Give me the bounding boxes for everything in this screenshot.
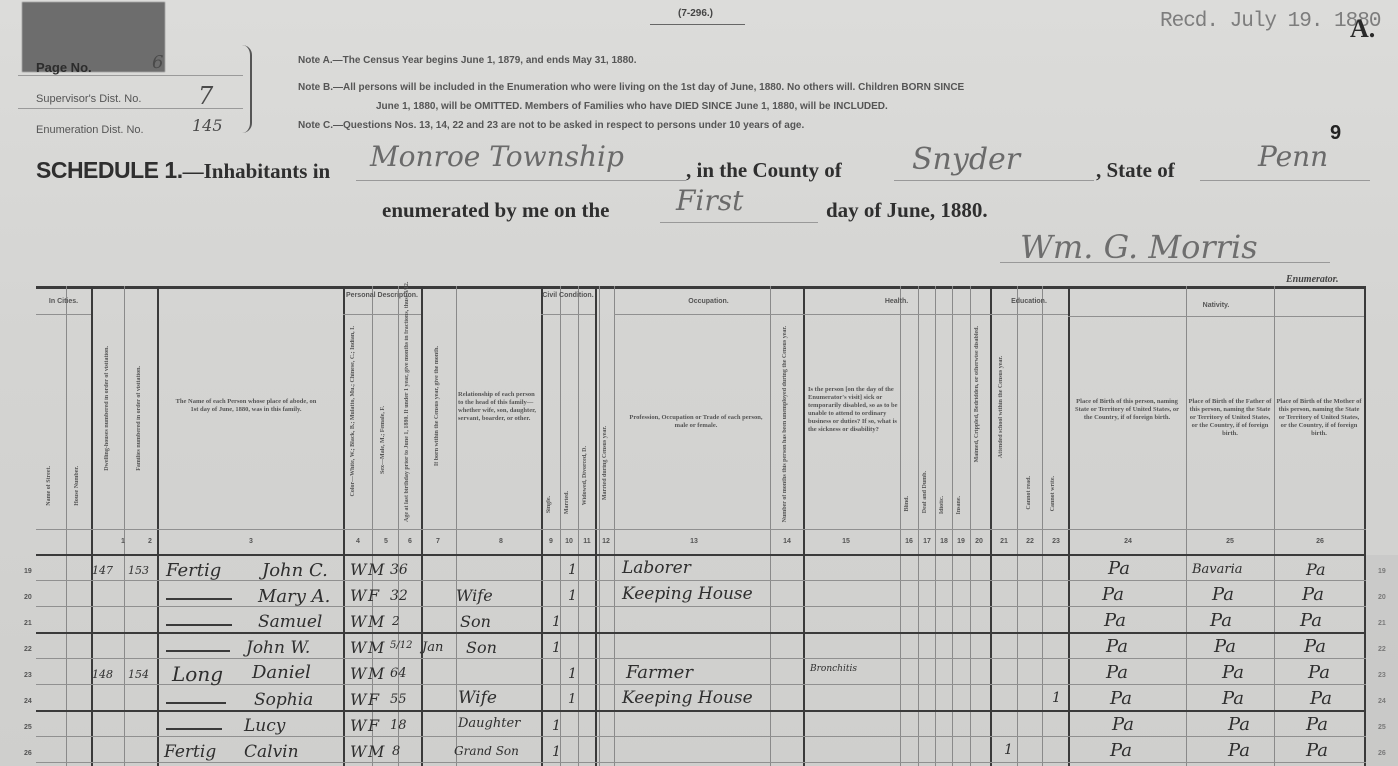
note-c: Note C.—Questions Nos. 13, 14, 22 and 23… xyxy=(298,120,804,131)
col-rule xyxy=(456,286,457,766)
given-name: Mary A. xyxy=(258,586,330,607)
col-desc-cannot-write: Cannot write. xyxy=(1050,476,1056,511)
col-number: 22 xyxy=(1020,538,1040,545)
married-mark: 1 xyxy=(568,562,577,578)
row-rule xyxy=(36,762,1366,763)
col-number: 2 xyxy=(140,538,160,545)
enumerator-label: Enumerator. xyxy=(1286,274,1339,285)
relationship: Wife xyxy=(456,586,493,605)
col-number: 20 xyxy=(969,538,989,545)
col-rule xyxy=(918,286,919,766)
sex: F xyxy=(368,716,379,735)
state-phrase: , State of xyxy=(1096,157,1175,183)
birthplace: Pa xyxy=(1112,714,1134,735)
age: 64 xyxy=(390,666,407,681)
group-in-cities: In Cities. xyxy=(36,298,91,305)
col-desc-dwelling: Dwelling-houses numbered in order of vis… xyxy=(104,346,110,471)
table-top-rule xyxy=(36,286,1366,289)
col-desc-school: Attended school within the Census year. xyxy=(998,356,1004,458)
col-rule xyxy=(614,286,615,766)
col-desc-deaf: Deaf and Dumb. xyxy=(922,471,928,513)
col-number: 14 xyxy=(777,538,797,545)
birthplace: Pa xyxy=(1106,662,1128,683)
color: W xyxy=(350,638,366,657)
col-desc-unemployed: Number of months this person has been un… xyxy=(782,326,788,522)
line-number: 20 xyxy=(24,594,32,601)
col-rule xyxy=(1042,286,1043,766)
col-desc-sickness: Is the person [on the day of the Enumera… xyxy=(808,386,898,434)
page-no-label: Page No. xyxy=(36,60,92,75)
header-brace xyxy=(242,45,252,133)
line-number: 23 xyxy=(24,672,32,679)
father-birthplace: Pa xyxy=(1222,662,1244,683)
line-number: 19 xyxy=(24,568,32,575)
married-mark: 1 xyxy=(568,692,576,707)
row-rule xyxy=(614,314,803,315)
sex: M xyxy=(368,560,384,579)
col-desc-father-birthplace: Place of Birth of the Father of this per… xyxy=(1188,398,1272,438)
col-number: 15 xyxy=(836,538,856,545)
col-desc-relationship: Relationship of each person to the head … xyxy=(458,391,538,423)
col-desc-cannot-read: Cannot read. xyxy=(1026,476,1032,510)
age: 36 xyxy=(390,562,408,578)
relationship: Son xyxy=(460,612,491,631)
col-rule xyxy=(560,286,561,766)
mother-birthplace: Pa xyxy=(1306,714,1328,735)
occupation: Keeping House xyxy=(622,584,753,604)
given-name: Samuel xyxy=(258,612,322,632)
single-mark: 1 xyxy=(552,718,561,734)
row-rule xyxy=(36,684,1366,685)
col-rule xyxy=(990,286,992,766)
col-desc-occupation: Profession, Occupation or Trade of each … xyxy=(626,414,766,430)
census-page: Page No. 6 Supervisor's Dist. No. 7 Enum… xyxy=(0,0,1398,766)
line-number: 22 xyxy=(24,646,32,653)
col-rule xyxy=(421,286,423,766)
col-rule xyxy=(1186,286,1187,766)
col-desc-name: The Name of each Person whose place of a… xyxy=(171,398,321,414)
birth-month: Jan xyxy=(422,640,443,655)
group-health: Health. xyxy=(803,298,990,305)
col-desc-sex: Sex—Male, M.; Female, F. xyxy=(380,406,386,474)
dwelling-number: 147 xyxy=(92,564,113,577)
group-civil-condition: Civil Condition. xyxy=(541,292,595,299)
col-number: 9 xyxy=(541,538,561,545)
school-mark: 1 xyxy=(1004,742,1013,758)
row-rule xyxy=(36,632,1366,634)
surname: Fertig xyxy=(166,560,221,581)
sex: F xyxy=(368,586,379,605)
given-name: Sophia xyxy=(254,690,313,710)
col-desc-color: Color—White, W.; Black, B.; Mulatto, Mu.… xyxy=(350,326,356,497)
color: W xyxy=(350,664,366,683)
row-rule xyxy=(36,606,1366,607)
given-name: Lucy xyxy=(244,716,285,736)
age: 55 xyxy=(390,692,407,707)
col-number: 24 xyxy=(1118,538,1138,545)
col-rule xyxy=(900,286,901,766)
cannot-write-mark: 1 xyxy=(1052,690,1061,706)
line-number: 24 xyxy=(24,698,32,705)
col-desc-maimed: Maimed, Crippled, Bedridden, or otherwis… xyxy=(974,326,980,462)
given-name: John W. xyxy=(246,638,310,658)
surname: Long xyxy=(172,662,223,686)
col-rule xyxy=(1017,286,1018,766)
single-mark: 1 xyxy=(552,614,561,630)
col-rule xyxy=(770,286,771,766)
father-birthplace: Pa xyxy=(1214,636,1236,657)
birthplace: Pa xyxy=(1104,610,1126,631)
col-number: 11 xyxy=(577,538,597,545)
enumeration-dist-label: Enumeration Dist. No. xyxy=(36,124,144,136)
col-rule xyxy=(970,286,971,766)
birthplace: Pa xyxy=(1110,740,1132,761)
married-mark: 1 xyxy=(568,588,577,604)
col-rule xyxy=(935,286,936,766)
birthplace: Pa xyxy=(1110,688,1132,709)
col-rule xyxy=(343,286,345,766)
col-number: 13 xyxy=(684,538,704,545)
ditto-mark xyxy=(166,702,226,704)
state-value: Penn xyxy=(1258,140,1328,173)
row-rule xyxy=(36,736,1366,737)
note-b-cont: June 1, 1880, will be OMITTED. Members o… xyxy=(376,101,888,112)
mother-birthplace: Pa xyxy=(1304,636,1326,657)
father-birthplace: Pa xyxy=(1222,688,1244,709)
given-name: Calvin xyxy=(244,742,299,762)
col-desc-idiotic: Idiotic. xyxy=(939,496,945,514)
father-birthplace: Pa xyxy=(1210,610,1232,631)
row-rule xyxy=(541,314,595,315)
fill-line xyxy=(1200,180,1370,181)
col-desc-widowed: Widowed, Divorced, D. xyxy=(582,446,588,505)
line-number: 26 xyxy=(24,750,32,757)
col-number: 23 xyxy=(1046,538,1066,545)
relationship: Daughter xyxy=(458,716,520,731)
color: W xyxy=(350,742,366,761)
ditto-mark xyxy=(166,650,230,652)
occupation: Keeping House xyxy=(622,688,753,708)
age: 2 xyxy=(392,614,400,628)
col-number: 21 xyxy=(994,538,1014,545)
line-number: 21 xyxy=(24,620,32,627)
col-desc-married: Married. xyxy=(564,491,570,514)
col-rule xyxy=(803,286,805,766)
mother-birthplace: Pa xyxy=(1306,740,1328,761)
row-rule xyxy=(36,658,1366,659)
col-number: 5 xyxy=(376,538,396,545)
col-number: 3 xyxy=(241,538,261,545)
supervisor-dist-value: 7 xyxy=(198,82,213,110)
township-value: Monroe Township xyxy=(370,140,624,173)
col-desc-born-month: If born within the Census year, give the… xyxy=(434,346,440,466)
birthplace: Pa xyxy=(1108,558,1130,579)
col-number: 4 xyxy=(348,538,368,545)
fill-line xyxy=(894,180,1094,181)
father-birthplace: Pa xyxy=(1212,584,1234,605)
sex: M xyxy=(368,612,384,631)
schedule-title: SCHEDULE 1.—Inhabitants in xyxy=(36,157,330,184)
col-number: 26 xyxy=(1310,538,1330,545)
col-number: 16 xyxy=(899,538,919,545)
col-rule xyxy=(599,286,600,766)
fill-line xyxy=(1000,262,1330,263)
given-name: John C. xyxy=(262,560,328,581)
col-rule xyxy=(66,286,67,766)
col-desc-house: House Number. xyxy=(74,466,80,506)
mother-birthplace: Pa xyxy=(1302,584,1324,605)
given-name: Daniel xyxy=(252,662,311,683)
row-rule xyxy=(36,554,1366,556)
col-desc-family: Families numbered in order of visitation… xyxy=(136,366,142,471)
sex: F xyxy=(368,690,379,709)
mother-birthplace: Pa xyxy=(1310,688,1332,709)
occupation: Laborer xyxy=(622,558,691,578)
single-mark: 1 xyxy=(552,744,561,760)
fill-line xyxy=(660,222,818,223)
col-rule xyxy=(541,286,543,766)
color: W xyxy=(350,586,366,605)
sex: M xyxy=(368,742,384,761)
col-desc-blind: Blind. xyxy=(904,496,910,512)
col-number: 6 xyxy=(400,538,420,545)
page-edge xyxy=(1366,555,1398,766)
note-a: Note A.—The Census Year begins June 1, 1… xyxy=(298,55,636,66)
mother-birthplace: Pa xyxy=(1300,610,1322,631)
col-number: 12 xyxy=(596,538,616,545)
divider xyxy=(18,108,243,109)
supervisor-dist-label: Supervisor's Dist. No. xyxy=(36,93,141,105)
col-rule xyxy=(1068,286,1070,766)
row-rule xyxy=(803,314,990,315)
county-label: , in the County of xyxy=(686,158,842,182)
row-rule xyxy=(990,314,1068,315)
page-no-value: 6 xyxy=(152,52,163,73)
sickness: Bronchitis xyxy=(810,664,857,674)
corner-letter: A. xyxy=(1350,14,1375,44)
relationship: Son xyxy=(466,638,497,657)
col-desc-age: Age at last birthday prior to June 1, 18… xyxy=(404,322,410,522)
color: W xyxy=(350,612,366,631)
sheet-number: 9 xyxy=(1330,122,1341,145)
day-of-june-label: day of June, 1880. xyxy=(826,198,988,223)
col-rule xyxy=(1274,286,1275,766)
enumerated-by-label: enumerated by me on the xyxy=(382,198,609,223)
ditto-mark xyxy=(166,728,222,730)
col-rule xyxy=(952,286,953,766)
married-mark: 1 xyxy=(568,666,577,682)
col-rule xyxy=(578,286,579,766)
line-number: 25 xyxy=(24,724,32,731)
col-desc-married-census-year: Married during Census year. xyxy=(602,426,608,500)
enumerator-signature: Wm. G. Morris xyxy=(1020,228,1258,266)
family-number: 153 xyxy=(128,564,149,577)
occupation: Farmer xyxy=(626,662,693,683)
col-desc-single: Single. xyxy=(546,496,552,513)
color: W xyxy=(350,560,366,579)
form-number: (7-296.) xyxy=(678,8,713,19)
col-desc-insane: Insane. xyxy=(956,496,962,515)
father-birthplace: Pa xyxy=(1228,714,1250,735)
enumeration-dist-value: 145 xyxy=(192,116,223,135)
father-birthplace: Bavaria xyxy=(1192,562,1243,577)
surname: Fertig xyxy=(164,742,216,762)
col-desc-mother-birthplace: Place of Birth of the Mother of this per… xyxy=(1276,398,1362,438)
col-rule xyxy=(124,286,125,766)
color: W xyxy=(350,716,366,735)
ditto-mark xyxy=(166,598,232,600)
inhabitants-in-label: —Inhabitants in xyxy=(183,159,331,183)
age: 5/12 xyxy=(390,640,412,651)
single-mark: 1 xyxy=(552,640,561,656)
col-rule xyxy=(157,286,159,766)
age: 18 xyxy=(390,718,407,733)
divider xyxy=(650,24,745,25)
received-stamp: Recd. July 19. 1880 xyxy=(1160,10,1380,33)
group-education: Education. xyxy=(990,298,1068,305)
mother-birthplace: Pa xyxy=(1306,560,1326,579)
row-rule xyxy=(36,580,1366,581)
divider xyxy=(18,75,243,76)
sex: M xyxy=(368,664,384,683)
row-rule xyxy=(36,529,1366,530)
col-number: 7 xyxy=(428,538,448,545)
color: W xyxy=(350,690,366,709)
father-birthplace: Pa xyxy=(1228,740,1250,761)
col-rule xyxy=(91,286,93,766)
state-label: , State of xyxy=(1096,158,1175,182)
day-value: First xyxy=(676,184,743,217)
group-occupation: Occupation. xyxy=(614,298,803,305)
ditto-mark xyxy=(166,624,232,626)
age: 8 xyxy=(392,744,400,759)
county-phrase: , in the County of xyxy=(686,157,842,183)
col-desc-birthplace: Place of Birth of this person, naming St… xyxy=(1072,398,1182,422)
schedule-label: SCHEDULE 1. xyxy=(36,157,183,183)
sex: M xyxy=(368,638,384,657)
county-value: Snyder xyxy=(912,142,1020,177)
relationship: Wife xyxy=(458,688,497,708)
col-rule xyxy=(595,286,597,766)
birthplace: Pa xyxy=(1106,636,1128,657)
col-number: 1 xyxy=(113,538,133,545)
row-rule xyxy=(36,314,91,315)
col-number: 10 xyxy=(559,538,579,545)
col-number: 25 xyxy=(1220,538,1240,545)
col-number: 8 xyxy=(491,538,511,545)
age: 32 xyxy=(390,588,408,604)
fill-line xyxy=(356,180,686,181)
col-number: 19 xyxy=(951,538,971,545)
birthplace: Pa xyxy=(1102,584,1124,605)
row-rule xyxy=(1068,316,1364,317)
group-nativity: Nativity. xyxy=(1068,302,1364,309)
col-desc-street: Name of Street. xyxy=(46,466,52,506)
family-number: 154 xyxy=(128,668,149,681)
note-b: Note B.—All persons will be included in … xyxy=(298,82,964,93)
mother-birthplace: Pa xyxy=(1308,662,1330,683)
relationship: Grand Son xyxy=(454,744,519,758)
dwelling-number: 148 xyxy=(92,668,113,681)
row-rule xyxy=(36,710,1366,712)
